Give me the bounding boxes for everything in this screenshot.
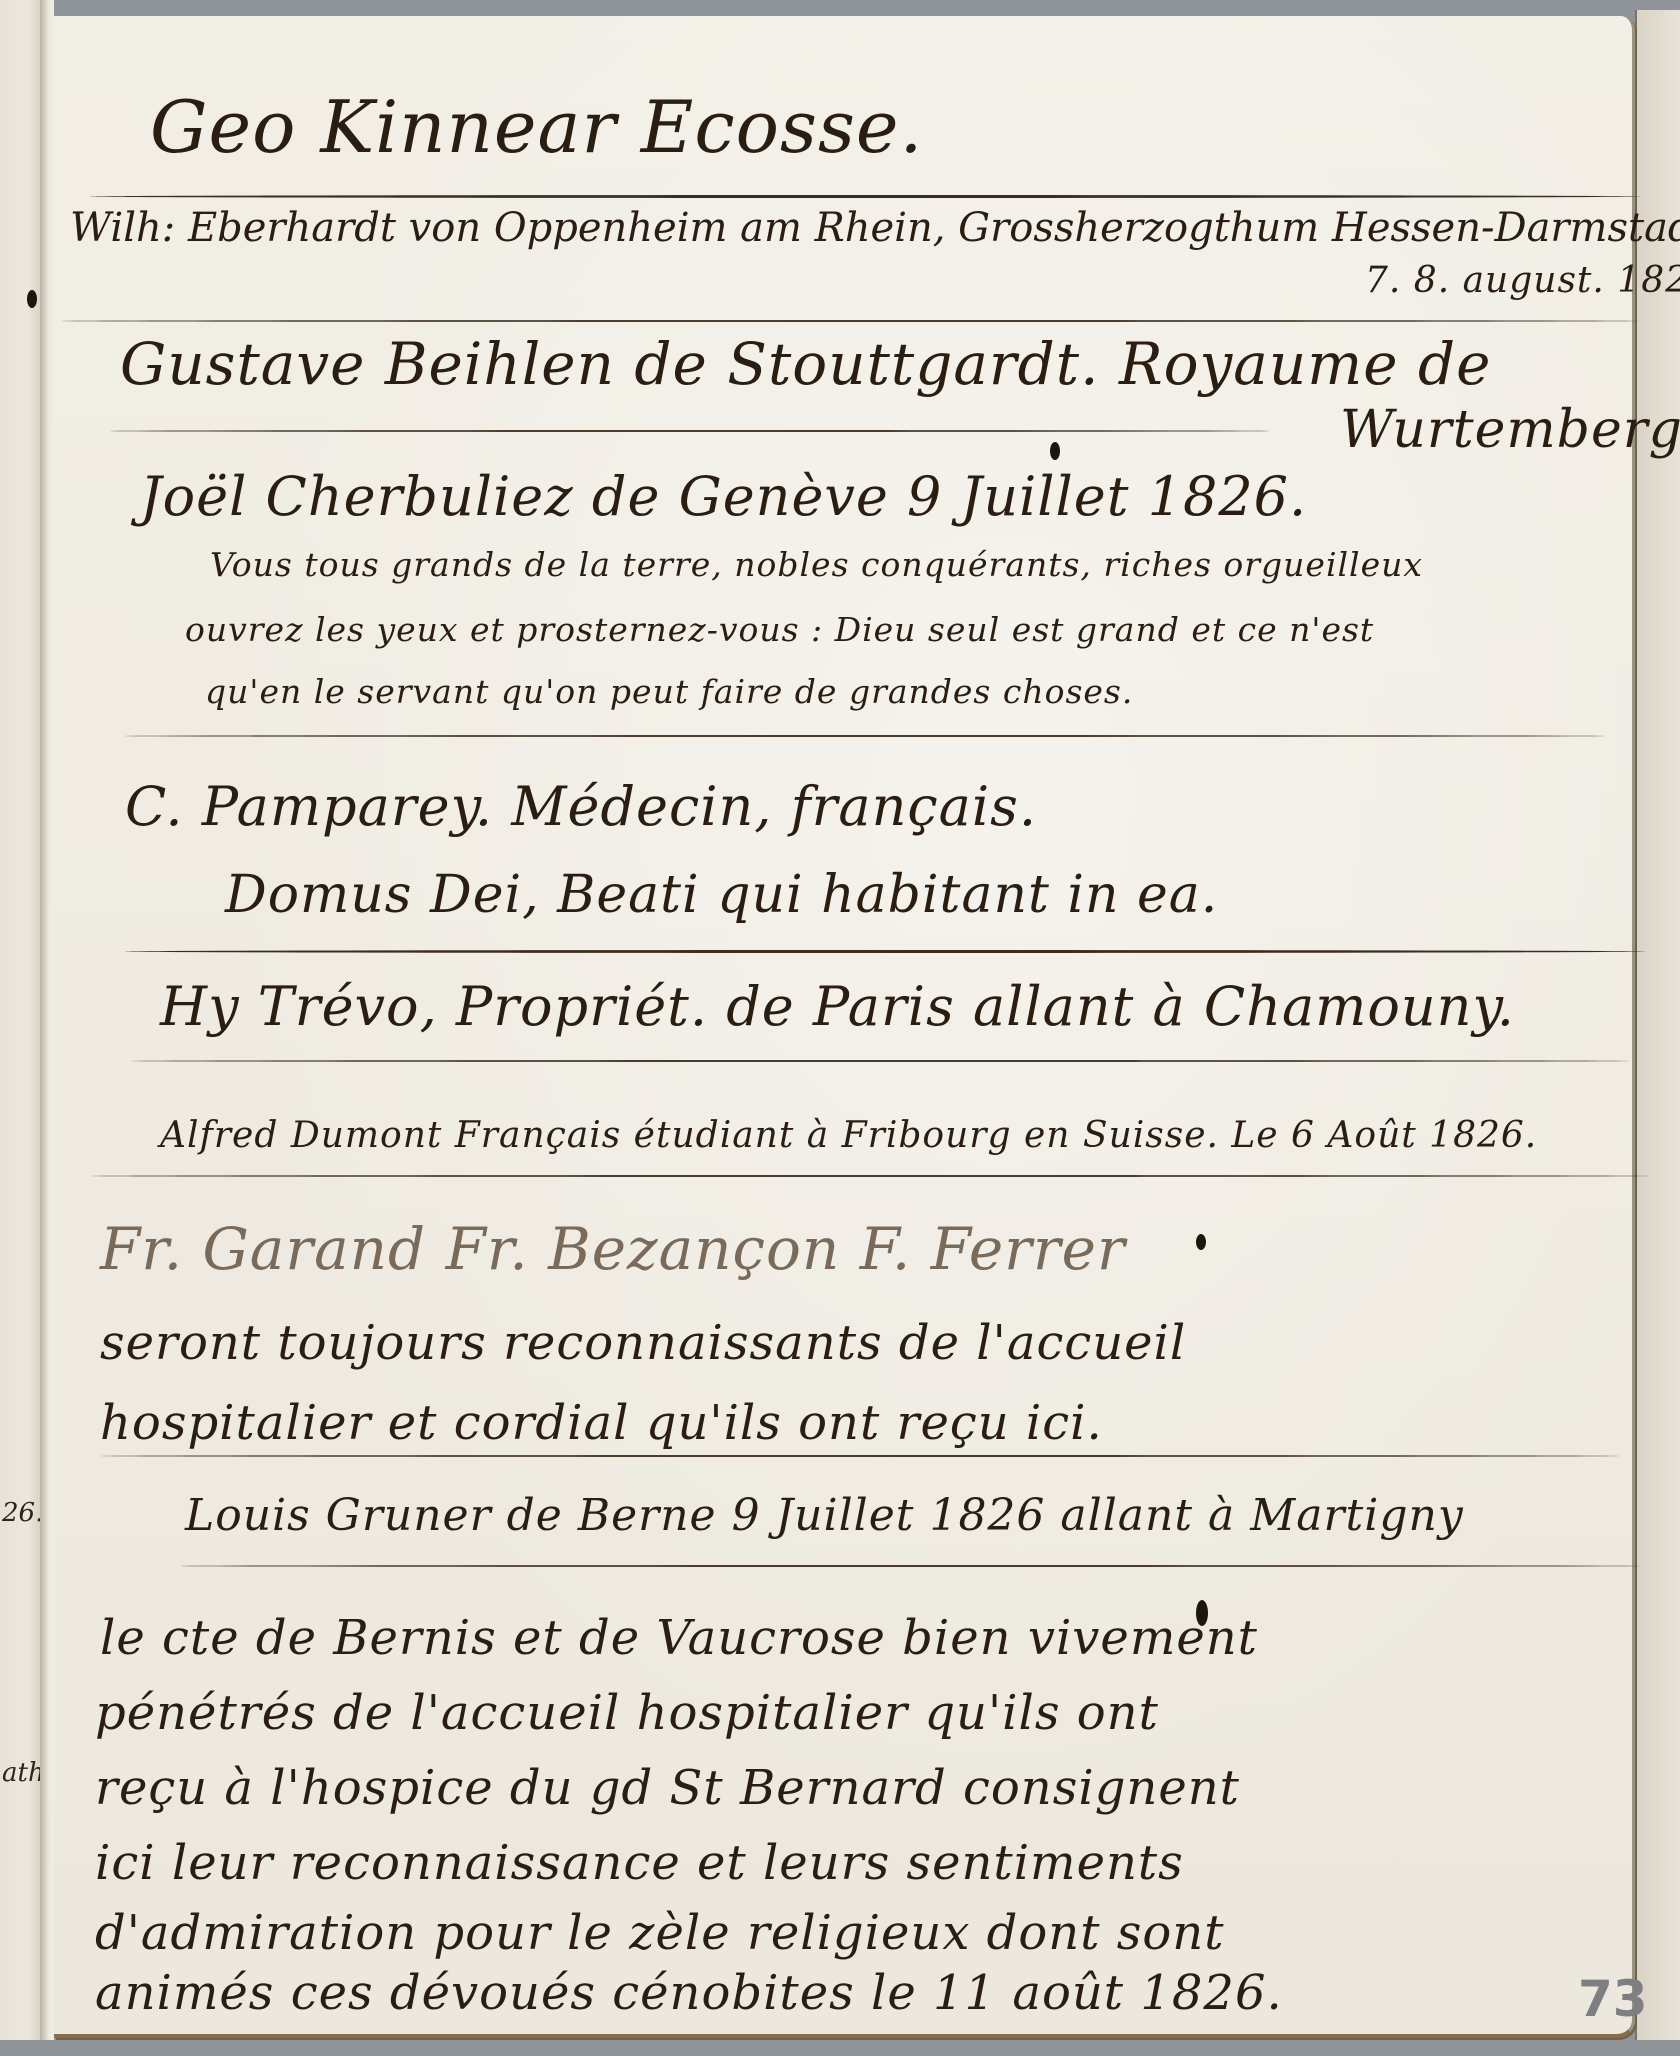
entry-signature: Hy Trévo, Propriét. de Paris allant à Ch… bbox=[160, 975, 1515, 1038]
entry-signature: Wilh: Eberhardt von Oppenheim am Rhein, … bbox=[70, 205, 1680, 251]
divider-line bbox=[180, 1565, 1640, 1567]
next-page-edge bbox=[1635, 10, 1680, 2040]
ink-blot bbox=[27, 290, 37, 308]
entry-text: reçu à l'hospice du gd St Bernard consig… bbox=[95, 1760, 1240, 1816]
entry-text: le cte de Bernis et de Vaucrose bien viv… bbox=[100, 1610, 1258, 1666]
previous-page-fragment: ath bbox=[2, 1760, 45, 1786]
divider-line bbox=[100, 1455, 1620, 1457]
divider-line bbox=[60, 320, 1640, 322]
entry-signature: Joël Cherbuliez de Genève 9 Juillet 1826… bbox=[140, 465, 1307, 528]
previous-page-fragment: 26. bbox=[2, 1500, 43, 1526]
entry-text: ici leur reconnaissance et leurs sentime… bbox=[95, 1835, 1184, 1891]
divider-line bbox=[90, 1175, 1650, 1177]
entry-signature: Gustave Beihlen de Stouttgardt. Royaume … bbox=[120, 330, 1491, 398]
entry-text: qu'en le servant qu'on peut faire de gra… bbox=[205, 672, 1133, 711]
divider-line bbox=[90, 195, 1640, 198]
entry-text: ouvrez les yeux et prosternez-vous : Die… bbox=[185, 610, 1374, 649]
page-number: 73 bbox=[1578, 1970, 1648, 2028]
entry-signatures: Fr. Garand Fr. Bezançon F. Ferrer bbox=[100, 1215, 1126, 1283]
entry-text: hospitalier et cordial qu'ils ont reçu i… bbox=[100, 1395, 1103, 1451]
book-gutter bbox=[40, 0, 54, 2040]
entry-date: 7. 8. august. 1826 bbox=[1365, 260, 1680, 301]
ink-blot bbox=[1196, 1234, 1206, 1250]
divider-line bbox=[125, 735, 1605, 737]
entry-text: animés ces dévoués cénobites le 11 août … bbox=[95, 1965, 1283, 2021]
entry-text: seront toujours reconnaissants de l'accu… bbox=[100, 1315, 1186, 1371]
entry-signature: C. Pamparey. Médecin, français. bbox=[125, 775, 1037, 838]
divider-line bbox=[130, 1060, 1630, 1062]
divider-flourish bbox=[110, 430, 1270, 432]
previous-page-edge: 26. ath bbox=[0, 0, 42, 2040]
ink-blot bbox=[1196, 1600, 1208, 1626]
entry-text: d'admiration pour le zèle religieux dont… bbox=[95, 1905, 1224, 1961]
entry-motto: Domus Dei, Beati qui habitant in ea. bbox=[225, 865, 1218, 925]
entry-signature-continued: Wurtemberg. bbox=[1340, 400, 1680, 460]
divider-line bbox=[125, 950, 1645, 953]
entry-text: Vous tous grands de la terre, nobles con… bbox=[210, 545, 1423, 584]
entry-text: pénétrés de l'accueil hospitalier qu'ils… bbox=[95, 1685, 1159, 1741]
entry-signature: Louis Gruner de Berne 9 Juillet 1826 all… bbox=[185, 1490, 1464, 1541]
entry-signature: Geo Kinnear Ecosse. bbox=[150, 85, 923, 169]
ink-blot bbox=[1050, 442, 1060, 460]
entry-signature: Alfred Dumont Français étudiant à Fribou… bbox=[160, 1115, 1537, 1156]
